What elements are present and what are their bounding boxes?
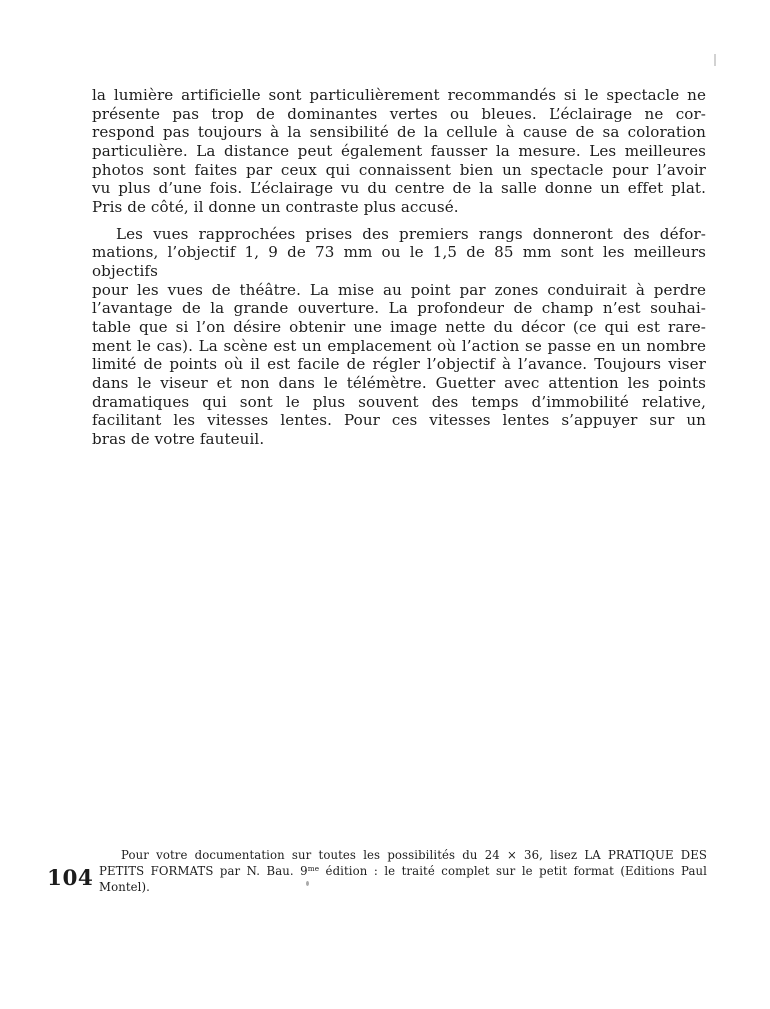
text-line: particulière. La distance peut également… bbox=[92, 142, 706, 161]
footnote-superscript: me bbox=[308, 864, 319, 873]
book-page: la lumière artificielle sont particulièr… bbox=[0, 0, 770, 1009]
text-line: bras de votre fauteuil. bbox=[92, 430, 706, 449]
text-line: Les vues rapprochées prises des premiers… bbox=[92, 225, 706, 244]
footnote-line: PETITS FORMATS par N. Bau. 9me édition :… bbox=[99, 864, 707, 881]
text-line: photos sont faites par ceux qui connaiss… bbox=[92, 161, 706, 180]
text-line: respond pas toujours à la sensibilité de… bbox=[92, 123, 706, 142]
text-line: pour les vues de théâtre. La mise au poi… bbox=[92, 281, 706, 300]
text-line: limité de points où il est facile de rég… bbox=[92, 355, 706, 374]
text-line: table que si l’on désire obtenir une ima… bbox=[92, 318, 706, 337]
scan-artifact bbox=[714, 54, 716, 66]
text-line: ment le cas). La scène est un emplacemen… bbox=[92, 337, 706, 356]
footnote: Pour votre documentation sur toutes les … bbox=[99, 848, 707, 896]
footnote-line: Pour votre documentation sur toutes les … bbox=[99, 848, 707, 864]
body-text: la lumière artificielle sont particulièr… bbox=[92, 86, 706, 448]
text-line: dramatiques qui sont le plus souvent des… bbox=[92, 393, 706, 412]
footnote-text: édition : le traité complet sur le petit… bbox=[319, 864, 707, 878]
text-line: l’avantage de la grande ouverture. La pr… bbox=[92, 299, 706, 318]
text-line: mations, l’objectif 1, 9 de 73 mm ou le … bbox=[92, 243, 706, 280]
paragraph: la lumière artificielle sont particulièr… bbox=[92, 86, 706, 217]
text-line: présente pas trop de dominantes vertes o… bbox=[92, 105, 706, 124]
text-line: la lumière artificielle sont particulièr… bbox=[92, 86, 706, 105]
footnote-text: PETITS FORMATS par N. Bau. 9 bbox=[99, 864, 308, 878]
footnote-line: Montel). bbox=[99, 880, 707, 896]
text-line: facilitant les vitesses lentes. Pour ces… bbox=[92, 411, 706, 430]
scan-artifact bbox=[306, 881, 309, 886]
text-line: Pris de côté, il donne un contraste plus… bbox=[92, 198, 706, 217]
paragraph: Les vues rapprochées prises des premiers… bbox=[92, 225, 706, 449]
page-number: 104 bbox=[47, 866, 93, 891]
text-line: vu plus d’une fois. L’éclairage vu du ce… bbox=[92, 179, 706, 198]
text-line: dans le viseur et non dans le télémètre.… bbox=[92, 374, 706, 393]
